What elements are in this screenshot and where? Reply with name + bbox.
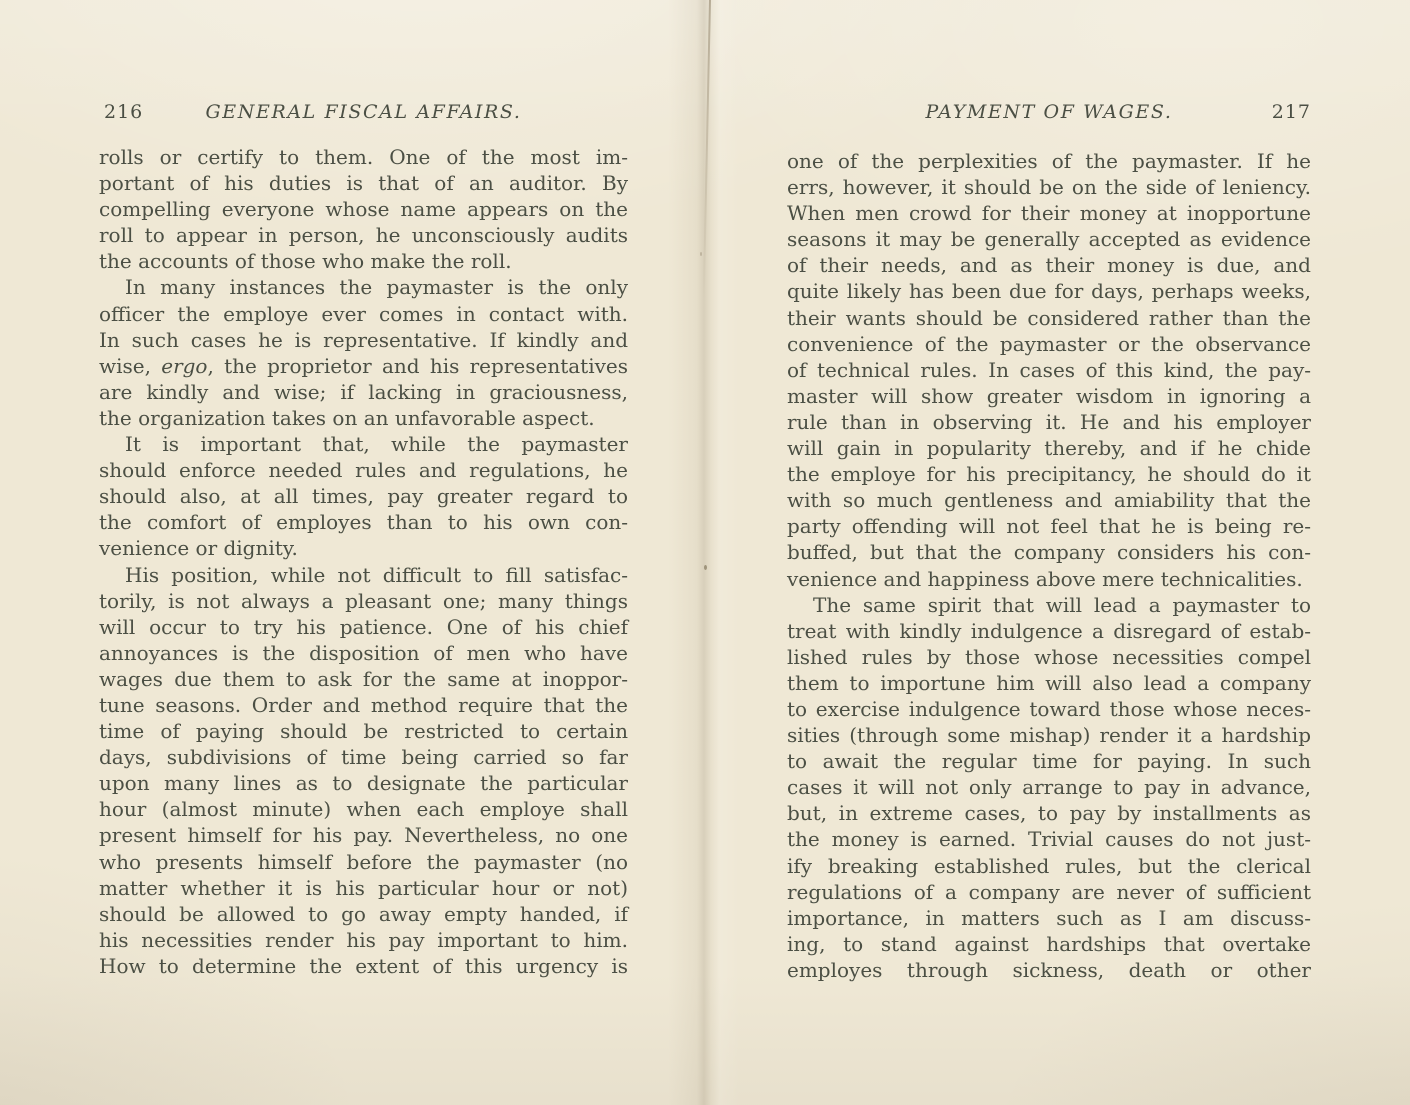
text-line: employes through sickness, death or othe… — [787, 957, 1311, 983]
text-line: party offending will not feel that he is… — [787, 513, 1311, 539]
text-line: regulations of a company are never of su… — [787, 879, 1311, 905]
text-line: sities (through some mishap) render it a… — [787, 722, 1311, 748]
text-line: the employe for his precipitancy, he sho… — [787, 461, 1311, 487]
paper-speck — [700, 252, 702, 256]
right-page-text-column: one of the perplexities of the paymaster… — [787, 148, 1311, 983]
text-line: When men crowd for their money at inoppo… — [787, 200, 1311, 226]
text-line: venience or dignity. — [99, 535, 628, 561]
text-line: wise, ergo, the proprietor and his repre… — [99, 353, 628, 379]
text-line: In such cases he is representative. If k… — [99, 327, 628, 353]
text-line: seasons it may be generally accepted as … — [787, 226, 1311, 252]
text-line: rule than in observing it. He and his em… — [787, 409, 1311, 435]
text-line: In many instances the paymaster is the o… — [99, 274, 628, 300]
text-line: the comfort of employes than to his own … — [99, 509, 628, 535]
text-line: upon many lines as to designate the part… — [99, 770, 628, 796]
text-line: days, subdivisions of time being carried… — [99, 744, 628, 770]
text-line: wages due them to ask for the same at in… — [99, 666, 628, 692]
text-line: quite likely has been due for days, perh… — [787, 278, 1311, 304]
text-line: the money is earned. Trivial causes do n… — [787, 826, 1311, 852]
text-line: The same spirit that will lead a paymast… — [787, 592, 1311, 618]
running-head-left: GENERAL FISCAL AFFAIRS. — [99, 100, 628, 124]
text-line: annoyances is the disposition of men who… — [99, 640, 628, 666]
book-gutter-shadow — [668, 0, 740, 1105]
text-line: but, in extreme cases, to pay by install… — [787, 800, 1311, 826]
text-line: one of the perplexities of the paymaster… — [787, 148, 1311, 174]
text-line: tune seasons. Order and method require t… — [99, 692, 628, 718]
text-line: time of paying should be restricted to c… — [99, 718, 628, 744]
text-line: cases it will not only arrange to pay in… — [787, 774, 1311, 800]
text-line: It is important that, while the paymaste… — [99, 431, 628, 457]
text-line: roll to appear in person, he unconscious… — [99, 222, 628, 248]
text-line: them to importune him will also lead a c… — [787, 670, 1311, 696]
running-head-right: PAYMENT OF WAGES. — [787, 100, 1311, 124]
text-line: officer the employe ever comes in contac… — [99, 301, 628, 327]
text-line: portant of his duties is that of an audi… — [99, 170, 628, 196]
text-line: convenience of the paymaster or the obse… — [787, 331, 1311, 357]
text-line: master will show greater wisdom in ignor… — [787, 383, 1311, 409]
text-line: ify breaking established rules, but the … — [787, 853, 1311, 879]
text-line: will gain in popularity thereby, and if … — [787, 435, 1311, 461]
text-line: should enforce needed rules and regulati… — [99, 457, 628, 483]
text-line: buffed, but that the company considers h… — [787, 539, 1311, 565]
left-page-header: 216 GENERAL FISCAL AFFAIRS. — [99, 100, 628, 124]
left-page-text-column: rolls or certify to them. One of the mos… — [99, 144, 628, 979]
page-number-left: 216 — [104, 100, 143, 124]
text-line: How to determine the extent of this urge… — [99, 953, 628, 979]
text-line: of their needs, and as their money is du… — [787, 252, 1311, 278]
text-line: rolls or certify to them. One of the mos… — [99, 144, 628, 170]
text-line: venience and happiness above mere techni… — [787, 566, 1311, 592]
text-line: matter whether it is his particular hour… — [99, 875, 628, 901]
text-line: will occur to try his patience. One of h… — [99, 614, 628, 640]
paper-speck — [704, 565, 707, 570]
text-line: to await the regular time for paying. In… — [787, 748, 1311, 774]
text-line: of technical rules. In cases of this kin… — [787, 357, 1311, 383]
text-line: importance, in matters such as I am disc… — [787, 905, 1311, 931]
text-line: errs, however, it should be on the side … — [787, 174, 1311, 200]
text-line: should be allowed to go away empty hande… — [99, 901, 628, 927]
text-line: should also, at all times, pay greater r… — [99, 483, 628, 509]
text-line: lished rules by those whose necessities … — [787, 644, 1311, 670]
text-line: treat with kindly indulgence a disregard… — [787, 618, 1311, 644]
text-line: their wants should be considered rather … — [787, 305, 1311, 331]
text-line: present himself for his pay. Nevertheles… — [99, 822, 628, 848]
text-line: His position, while not difficult to fil… — [99, 562, 628, 588]
text-line: hour (almost minute) when each employe s… — [99, 796, 628, 822]
text-line: the organization takes on an unfavorable… — [99, 405, 628, 431]
text-line: torily, is not always a pleasant one; ma… — [99, 588, 628, 614]
book-spread-scan: 216 GENERAL FISCAL AFFAIRS. PAYMENT OF W… — [0, 0, 1410, 1105]
text-line: who presents himself before the paymaste… — [99, 849, 628, 875]
text-line: the accounts of those who make the roll. — [99, 248, 628, 274]
text-line: compelling everyone whose name appears o… — [99, 196, 628, 222]
right-page-header: PAYMENT OF WAGES. 217 — [787, 100, 1311, 124]
text-line: are kindly and wise; if lacking in graci… — [99, 379, 628, 405]
text-line: to exercise indulgence toward those whos… — [787, 696, 1311, 722]
gutter-crease — [703, 0, 711, 300]
text-line: ing, to stand against hardships that ove… — [787, 931, 1311, 957]
page-number-right: 217 — [1272, 100, 1311, 124]
text-line: his necessities render his pay important… — [99, 927, 628, 953]
text-line: with so much gentleness and amiability t… — [787, 487, 1311, 513]
